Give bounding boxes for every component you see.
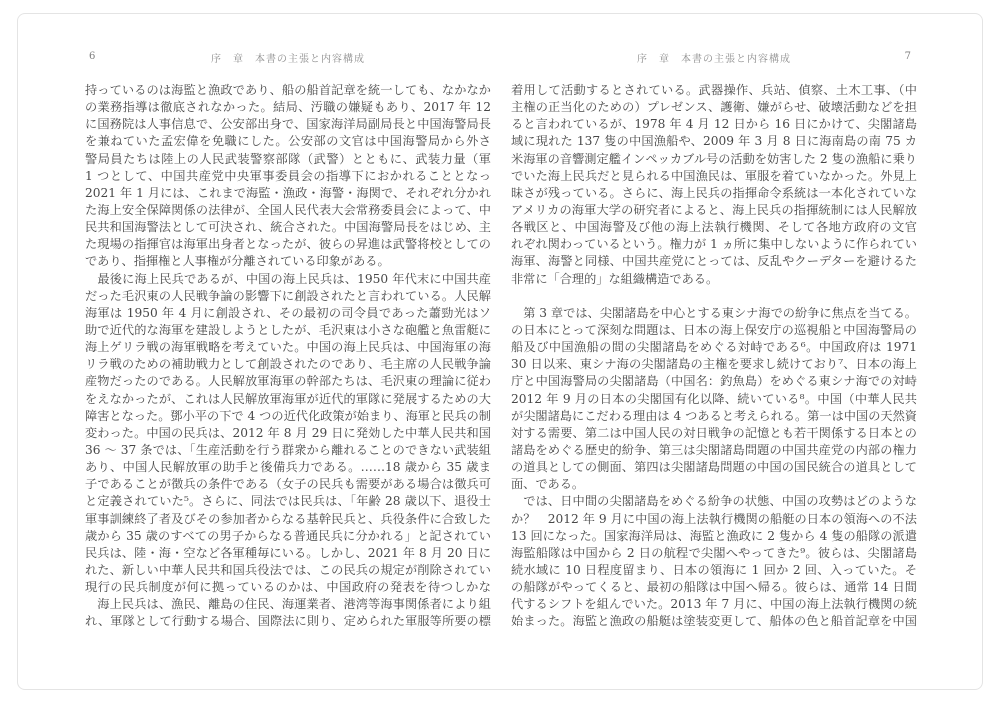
text-line: 民兵は、陸・海・空など各軍種毎にいる。しかし、2021 年 8 月 20 日に改… [85,545,491,562]
text-line: 続水域に 10 日程度留まり、日本の領海に 1 回か 2 回、入っていた。そして… [511,562,917,579]
text-line: 変わった。中国の民兵は、2012 年 8 月 29 日に発効した中華人民共和国兵… [85,425,491,442]
page-number-right: 7 [905,51,911,62]
text-line: 諸島をめぐる歴史的紛争、第三は尖閣諸島問題の中国共産党の内部の権力闘争 [511,442,917,459]
text-line: でいた海上民兵だと見られる中国漁民は、軍服を着ていなかった。外見上の曖 [511,168,917,185]
text-line: 1 つとして、中国共産党中央軍事委員会の指導下におかれることとなった。 [85,168,491,185]
text-line: 面、である。 [511,476,917,493]
page-right: 序 章 本書の主張と内容構成 7 着用して活動するとされている。武器操作、兵站、… [511,14,917,631]
text-line: の道具としての側面、第四は尖閣諸島問題の中国の国民統合の道具としての側 [511,459,917,476]
text-line: 代するシフトを組んでいた。2013 年 7 月に、中国の海上法執行機関の統合が [511,596,917,613]
text-line: 助で近代的な海軍を建設しようとしたが、毛沢東は小さな砲艦と魚雷艇による [85,322,491,339]
text-line: 軍事訓練終了者及びその参加者からなる基幹民兵と、兵役条件に合致した 18 [85,511,491,528]
text-line: の業務指導は徹底されなかった。結局、汚職の嫌疑もあり、2017 年 12 月 8… [85,99,491,116]
text-line: 海軍は 1950 年 4 月に創設され、その最初の司令員であった蕭勁光はソ連の援 [85,305,491,322]
text-line: か？ 2012 年 9 月に中国の海上法執行機関の船艇の日本の領海への不法侵入は [511,511,917,528]
page-left-header: 6 序 章 本書の主張と内容構成 [85,50,491,64]
running-head-left: 序 章 本書の主張と内容構成 [85,50,491,65]
text-line: 船及び中国漁船の間の尖閣諸島をめぐる対峙である⁶。中国政府は 1971 年 12… [511,339,917,356]
text-line: が尖閣諸島にこだわる理由は 4 つあると考えられる。第一は中国の天然資源に [511,408,917,425]
text-line: 警局員たちは陸上の人民武装警察部隊（武警）とともに、武装力量（軍種）の [85,151,491,168]
text-line: 30 日以来、東シナ海の尖閣諸島の主権を要求し続けており⁷、日本の海上保安 [511,356,917,373]
text-line: 昧さが残っている。さらに、海上民兵の指揮命令系統は一本化されていない。 [511,185,917,202]
text-line: をえなかったが、これは人民解放軍海軍が近代的軍隊に発展するための大きな [85,391,491,408]
text-line: では、日中間の尖閣諸島をめぐる紛争の状態、中国の攻勢はどのようなもの [511,493,917,510]
blank-line [511,288,917,305]
text-line: れぞれ関わっているという。権力が 1 ヵ所に集中しないように作られている。 [511,236,917,253]
text-line: 障害となった。鄧小平の下で 4 つの近代化政策が始まり、海軍と民兵の制度も [85,408,491,425]
text-line: れた、新しい中華人民共和国兵役法では、この民兵の規定が削除されている。 [85,562,491,579]
page-right-text-block: 着用して活動するとされている。武器操作、兵站、偵察、土木工事、（中国の主権の正当… [511,82,917,631]
text-line: た現場の指揮官は海軍出身者となったが、彼らの昇進は武警将校としての昇進 [85,236,491,253]
page-left-text-block: 持っているのは海監と漁政であり、船の船首記章を統一しても、なかなか公安の業務指導… [85,82,491,631]
text-line: であり、指揮権と人事権が分離されている印象がある。 [85,253,491,270]
text-line: 民共和国海警法として可決され、統合された。中国海警局長をはじめ、主だっ [85,219,491,236]
text-line: 現行の民兵制度が何に拠っているのかは、中国政府の発表を待つしかない。 [85,579,491,596]
text-line: と定義されていた⁵。さらに、同法では民兵は、「年齢 28 歳以下、退役士兵、 [85,493,491,510]
text-line: の日本にとって深刻な問題は、日本の海上保安庁の巡視船と中国海警局の巡視 [511,322,917,339]
text-line: 海上民兵は、漁民、離島の住民、海運業者、港湾等海事関係者により組織さ [85,596,491,613]
text-line: リラ戦のための補助戦力として創設されたのであり、毛主席の人民戦争論の副 [85,356,491,373]
page-left: 6 序 章 本書の主張と内容構成 持っているのは海監と漁政であり、船の船首記章を… [85,14,491,631]
text-line: れ、軍隊として行動する場合、国際法に則り、定められた軍服等所要の標章を [85,613,491,630]
text-line: 海監船隊は中国から 2 日の航程で尖閣へやってきた⁹。彼らは、尖閣諸島の接 [511,545,917,562]
text-line: 海上ゲリラ戦の海軍戦略を考えていた。中国の海上民兵は、中国海軍の海上ゲ [85,339,491,356]
text-line: 最後に海上民兵であるが、中国の海上民兵は、1950 年代末に中国共産党主席 [85,271,491,288]
text-line: 産物だったのである。人民解放軍海軍の幹部たちは、毛沢東の理論に従わざる [85,373,491,390]
running-head-right: 序 章 本書の主張と内容構成 [511,50,917,65]
text-line: 米海軍の音響測定艦インペッカブル号の活動を妨害した 2 隻の漁船に乗り組ん [511,151,917,168]
book-spread: 6 序 章 本書の主張と内容構成 持っているのは海監と漁政であり、船の船首記章を… [17,13,983,690]
text-line: ると言われているが、1978 年 4 月 12 日から 16 日にかけて、尖閣諸… [511,116,917,133]
text-line: を兼ねていた孟宏偉を免職にした。公安部の文官は中国海警局から外され、海 [85,133,491,150]
text-line: 対する需要、第二は中国人民の対日戦争の記憶とも若干関係する日本との尖閣 [511,425,917,442]
text-line: 歳から 35 歳のすべての男子からなる普通民兵に分かれる」と記されていた。 [85,528,491,545]
text-line: 主権の正当化のための）プレゼンス、護衛、嫌がらせ、破壊活動などを担当す [511,99,917,116]
text-line: に国務院は人事信息で、公安部出身で、国家海洋局副局長と中国海警局長の職 [85,116,491,133]
text-line: 海軍、海警と同様、中国共産党にとっては、反乱やクーデターを避けるために、 [511,253,917,270]
text-line: 持っているのは海監と漁政であり、船の船首記章を統一しても、なかなか公安 [85,82,491,99]
page-right-header: 序 章 本書の主張と内容構成 7 [511,50,917,64]
text-line: た海上安全保障関係の法律が、全国人民代表大会常務委員会によって、中華人 [85,202,491,219]
text-line: 第 3 章では、尖閣諸島を中心とする東シナ海での紛争に焦点を当てる。現在 [511,305,917,322]
text-line: 域に現れた 137 隻の中国漁船や、2009 年 3 月 8 日に海南島の南 7… [511,133,917,150]
text-line: 各戦区と、中国海警及び他の海上法執行機関、そして各地方政府の文官が、そ [511,219,917,236]
text-line: 2012 年 9 月の日本の尖閣国有化以降、続いている⁸。中国（中華人民共和国） [511,391,917,408]
text-line: アメリカの海軍大学の研究者によると、海上民兵の指揮統制には人民解放軍の [511,202,917,219]
text-line: の船隊がやってくると、最初の船隊は中国へ帰る。彼らは、通常 14 日間で交 [511,579,917,596]
text-line: 13 回になった。国家海洋局は、海監と漁政に 2 隻から 4 隻の船隊の派遣を命… [511,528,917,545]
text-line: 子であることが徴兵の条件である（女子の民兵も需要がある場合は徴兵可能）」 [85,476,491,493]
text-line: 庁と中国海警局の尖閣諸島（中国名：釣魚島）をめぐる東シナ海での対峙は、 [511,373,917,390]
text-line: 2021 年 1 月には、これまで海監・漁政・海警・海関で、それぞれ分かれてい [85,185,491,202]
text-line: 36 ～ 37 条では、「生産活動を行う群衆から離れることのできない武装組織で [85,442,491,459]
text-line: 着用して活動するとされている。武器操作、兵站、偵察、土木工事、（中国の [511,82,917,99]
text-line: 非常に「合理的」な組織構造である。 [511,271,917,288]
text-line: 始まった。海監と漁政の船艇は塗装変更して、船体の色と船首記章を中国海警 [511,613,917,630]
text-line: だった毛沢東の人民戦争論の影響下に創設されたと言われている。人民解放軍 [85,288,491,305]
text-line: あり、中国人民解放軍の助手と後備兵力である。……18 歳から 35 歳までの男 [85,459,491,476]
